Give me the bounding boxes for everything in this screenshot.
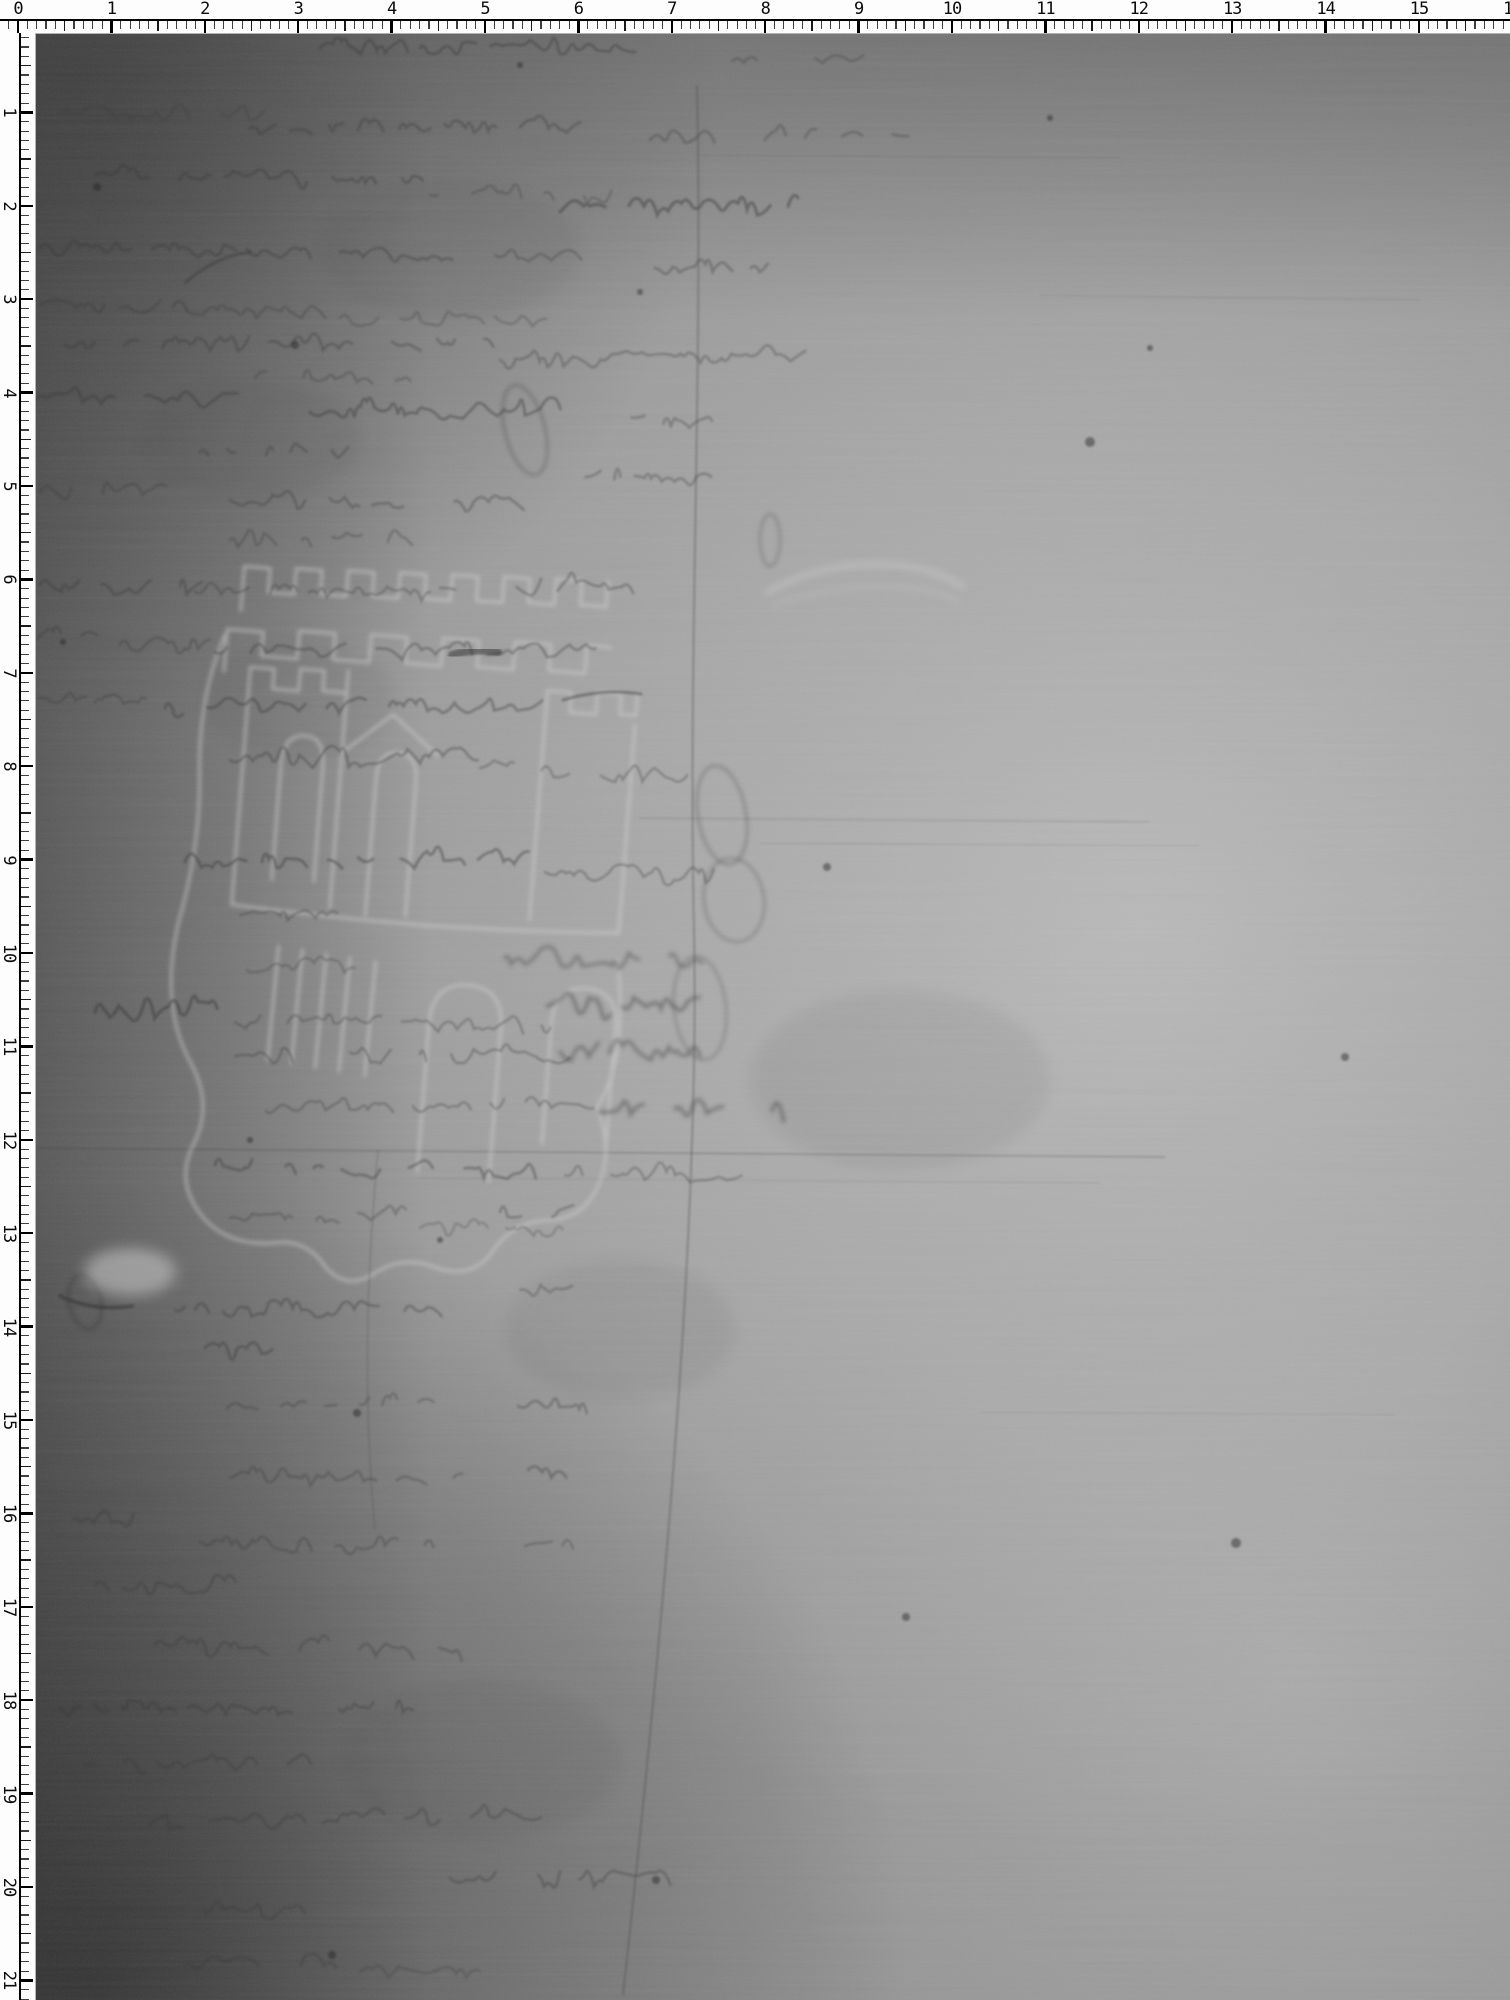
- ruler-tick: [21, 1363, 29, 1364]
- ruler-tick: [21, 1709, 29, 1710]
- ruler-tick: [130, 21, 131, 29]
- ruler-tick: [21, 1942, 29, 1943]
- ruler-tick: [21, 616, 29, 617]
- ruler-tick: [21, 327, 29, 328]
- ruler-tick: [1231, 21, 1233, 33]
- ruler-tick: [21, 1037, 29, 1038]
- paper-speck: [1231, 1538, 1241, 1548]
- ruler-tick: [204, 21, 206, 33]
- ruler-tick: [21, 168, 29, 169]
- ruler-tick: [923, 21, 924, 29]
- ruler-tick: [21, 1840, 31, 1842]
- ruler-tick: [251, 21, 253, 31]
- ruler-tick: [21, 93, 29, 94]
- ruler-tick: [21, 1868, 29, 1869]
- ruler-tick: [466, 21, 467, 29]
- ruler-tick: [21, 822, 29, 823]
- ruler-tick: [21, 887, 29, 888]
- ruler-tick: [21, 1429, 29, 1430]
- ruler-tick: [951, 21, 953, 33]
- ruler-tick: [21, 513, 29, 514]
- ruler-tick: [21, 1821, 29, 1822]
- ruler-tick: [21, 1401, 29, 1402]
- ruler-label: 14: [1313, 0, 1339, 19]
- ruler-tick: [21, 691, 29, 692]
- laid-texture: [35, 33, 1510, 2000]
- ruler-tick: [21, 1662, 29, 1663]
- ruler-tick: [615, 21, 616, 29]
- ruler-tick: [21, 850, 29, 851]
- ruler-tick: [1362, 21, 1363, 29]
- ruler-tick: [1372, 21, 1374, 31]
- ruler-tick: [21, 233, 29, 234]
- ruler-tick: [709, 21, 710, 29]
- ruler-tick: [21, 345, 31, 347]
- paper-speck: [517, 62, 523, 68]
- ruler-label: 6: [0, 567, 20, 591]
- ruler-tick: [21, 1924, 29, 1925]
- ruler-tick: [1474, 21, 1475, 29]
- ruler-tick: [21, 1569, 29, 1570]
- ruler-tick: [21, 578, 33, 580]
- ruler-tick: [1344, 21, 1345, 29]
- ruler-tick: [21, 1532, 29, 1533]
- paper-speck: [60, 639, 66, 645]
- ruler-tick: [186, 21, 187, 29]
- ruler-label: 1: [98, 0, 124, 19]
- ruler-tick: [21, 1971, 29, 1972]
- ruler-tick: [21, 654, 29, 655]
- ruler-tick: [21, 439, 31, 441]
- ruler-label: 10: [939, 0, 965, 19]
- ruler-tick: [21, 1792, 33, 1794]
- ruler-tick: [21, 1195, 29, 1196]
- ruler-tick: [793, 21, 794, 29]
- ruler-tick: [1120, 21, 1121, 29]
- ruler-tick: [21, 149, 29, 150]
- ruler-tick: [1044, 21, 1046, 33]
- ruler-tick: [102, 21, 103, 29]
- ruler-tick: [21, 46, 29, 47]
- ruler-tick: [21, 187, 29, 188]
- ruler-tick: [21, 1317, 29, 1318]
- ruler-tick: [21, 1784, 29, 1785]
- cm-ruler-top: 012345678910111213141516: [0, 0, 1510, 34]
- paper-speck: [291, 341, 299, 349]
- ruler-tick: [21, 448, 29, 449]
- ruler-tick: [21, 1045, 33, 1047]
- ruler-tick: [21, 1653, 31, 1655]
- ruler-tick: [624, 21, 626, 31]
- ruler-tick: [21, 1914, 29, 1915]
- ruler-tick: [21, 280, 29, 281]
- ruler-tick: [21, 1812, 29, 1813]
- ruler-tick: [21, 794, 29, 795]
- ruler-tick: [21, 784, 29, 785]
- ruler-tick: [21, 1391, 29, 1392]
- ruler-tick: [21, 158, 31, 160]
- ruler-tick: [727, 21, 728, 29]
- ruler-tick: [21, 1504, 29, 1505]
- ruler-tick: [1428, 21, 1429, 29]
- ruler-label: 10: [0, 941, 20, 965]
- ruler-tick: [21, 1979, 33, 1981]
- ruler-tick: [21, 1149, 29, 1150]
- ruler-label: 19: [0, 1782, 20, 1806]
- ruler-tick: [21, 1121, 29, 1122]
- ruler-tick: [110, 21, 112, 33]
- ruler-tick: [21, 103, 29, 104]
- ruler-tick: [830, 21, 831, 29]
- ruler-label: 16: [0, 1501, 20, 1525]
- ruler-tick: [21, 37, 29, 38]
- ruler-tick: [1101, 21, 1102, 29]
- ruler-tick: [21, 140, 29, 141]
- ruler-tick: [21, 1018, 29, 1019]
- ruler-tick: [21, 570, 29, 571]
- ruler-tick: [21, 541, 29, 542]
- ruler-tick: [21, 1232, 33, 1234]
- ruler-tick: [21, 635, 29, 636]
- ruler-tick: [21, 1335, 29, 1336]
- ruler-tick: [1166, 21, 1167, 29]
- ruler-tick: [503, 21, 504, 29]
- ruler-tick: [21, 84, 29, 85]
- ruler-label: 4: [0, 381, 20, 405]
- ruler-tick: [21, 598, 29, 599]
- ruler-tick: [21, 56, 29, 57]
- ruler-tick: [1241, 21, 1242, 29]
- ruler-tick: [21, 383, 29, 384]
- ruler-tick: [21, 868, 29, 869]
- ruler-tick: [17, 21, 19, 33]
- ruler-tick: [1250, 21, 1251, 29]
- ruler-tick: [21, 728, 29, 729]
- ruler-tick: [21, 271, 29, 272]
- ruler-tick: [484, 21, 486, 33]
- ruler-tick: [73, 21, 74, 29]
- ruler-tick: [354, 21, 355, 29]
- ruler-tick: [21, 1625, 29, 1626]
- ruler-tick: [21, 1466, 31, 1468]
- ruler-tick: [559, 21, 560, 29]
- ruler-tick: [1306, 21, 1307, 29]
- ruler-tick: [223, 21, 224, 29]
- ruler-tick: [21, 999, 31, 1001]
- paper-speck: [902, 1613, 910, 1621]
- ruler-label: 8: [0, 754, 20, 778]
- ruler-tick: [21, 775, 29, 776]
- ruler-tick: [979, 21, 980, 29]
- ruler-label: 15: [0, 1408, 20, 1432]
- ruler-tick: [774, 21, 775, 29]
- ruler-tick: [970, 21, 971, 29]
- ruler-tick: [933, 21, 934, 29]
- ruler-tick: [1418, 21, 1420, 33]
- ruler-tick: [21, 196, 29, 197]
- ruler-label: 18: [0, 1688, 20, 1712]
- ruler-tick: [21, 831, 29, 832]
- ruler-tick: [21, 840, 29, 841]
- ruler-tick: [597, 21, 598, 29]
- ruler-tick: [1278, 21, 1280, 31]
- ruler-tick: [21, 1644, 29, 1645]
- ruler-tick: [428, 21, 429, 29]
- ruler-tick: [21, 1849, 29, 1850]
- ruler-tick: [21, 317, 29, 318]
- ruler-tick: [195, 21, 196, 29]
- ruler-tick: [120, 21, 121, 29]
- ruler-tick: [914, 21, 915, 29]
- ruler-tick: [21, 1373, 31, 1375]
- ruler-tick: [21, 1672, 29, 1673]
- ruler-tick: [21, 224, 29, 225]
- ruler-tick: [1456, 21, 1457, 29]
- ruler-tick: [297, 21, 299, 33]
- ink-dash: [452, 651, 498, 655]
- ruler-tick: [21, 1597, 29, 1598]
- ruler-tick: [21, 812, 31, 814]
- ruler-tick: [1400, 21, 1401, 29]
- ruler-label: 11: [0, 1034, 20, 1058]
- ruler-tick: [21, 1083, 29, 1084]
- ruler-tick: [21, 1999, 29, 2000]
- ruler-tick: [886, 21, 887, 29]
- ruler-tick: [21, 215, 29, 216]
- ruler-tick: [232, 21, 233, 29]
- ruler-tick: [21, 588, 29, 589]
- ruler-tick: [419, 21, 420, 29]
- paper-speck: [247, 1137, 253, 1143]
- ruler-tick: [1484, 21, 1485, 29]
- ruler-tick: [475, 21, 476, 29]
- ruler-label: 12: [1126, 0, 1152, 19]
- ruler-tick: [1073, 21, 1074, 29]
- ruler-tick: [1054, 21, 1055, 29]
- ruler-tick: [21, 1279, 31, 1281]
- ruler-tick: [21, 457, 29, 458]
- ruler-tick: [21, 1886, 33, 1888]
- manuscript-photo: [0, 0, 1510, 2000]
- ruler-tick: [21, 1681, 29, 1682]
- ruler-tick: [1157, 21, 1158, 29]
- ruler-tick: [21, 858, 33, 860]
- ruler-tick: [1353, 21, 1354, 29]
- ruler-tick: [21, 1756, 29, 1757]
- ruler-tick: [21, 1699, 33, 1701]
- ruler-tick: [21, 1905, 29, 1906]
- paper-texture: [35, 33, 1510, 2000]
- ruler-tick: [21, 1167, 29, 1168]
- ruler-tick: [21, 1896, 29, 1897]
- ruler-tick: [363, 21, 364, 29]
- ruler-tick: [1503, 21, 1504, 29]
- ruler-tick: [372, 21, 373, 29]
- ruler-tick: [21, 1718, 29, 1719]
- ruler-tick: [587, 21, 588, 29]
- ruler-tick: [438, 21, 440, 31]
- ruler-tick: [21, 1475, 29, 1476]
- paper-speck: [823, 863, 831, 871]
- ruler-label: 20: [0, 1875, 20, 1899]
- ruler-tick: [634, 21, 635, 29]
- ruler-tick: [21, 1746, 31, 1748]
- ruler-tick: [21, 971, 29, 972]
- ruler-tick: [21, 1270, 29, 1271]
- ruler-tick: [242, 21, 243, 29]
- ruler-tick: [21, 1261, 29, 1262]
- ruler-tick: [8, 21, 9, 29]
- ruler-tick: [1185, 21, 1187, 31]
- ruler-tick: [21, 906, 31, 908]
- ruler-tick: [21, 289, 29, 290]
- ruler-tick: [989, 21, 990, 29]
- ruler-label: 17: [0, 1595, 20, 1619]
- ruler-tick: [21, 495, 29, 496]
- ruler-tick: [699, 21, 700, 29]
- ruler-tick: [326, 21, 327, 29]
- ruler-tick: [21, 1214, 29, 1215]
- ruler-tick: [961, 21, 962, 29]
- ruler-tick: [1465, 21, 1467, 31]
- cm-ruler-left: 123456789101112131415161718192021: [0, 33, 36, 2000]
- ruler-label: 12: [0, 1128, 20, 1152]
- ruler-tick: [1222, 21, 1223, 29]
- ruler-tick: [1324, 21, 1326, 33]
- ruler-tick: [21, 205, 33, 207]
- ruler-tick: [1064, 21, 1065, 29]
- ruler-tick: [21, 1251, 29, 1252]
- ruler-label: 14: [0, 1315, 20, 1339]
- ruler-tick: [139, 21, 140, 29]
- ruler-tick: [1288, 21, 1289, 29]
- ruler-tick: [456, 21, 457, 29]
- ruler-tick: [1194, 21, 1195, 29]
- ruler-tick: [1036, 21, 1037, 29]
- ruler-tick: [21, 1737, 29, 1738]
- ruler-tick: [21, 1289, 29, 1290]
- ruler-tick: [21, 682, 29, 683]
- paper-speck: [637, 289, 643, 295]
- ruler-tick: [21, 1457, 29, 1458]
- ruler-tick: [867, 21, 868, 29]
- ruler-tick: [21, 1728, 29, 1729]
- ruler-tick: [21, 1512, 33, 1514]
- ruler-tick: [998, 21, 1000, 31]
- ruler-tick: [857, 21, 859, 33]
- ruler-label: 9: [846, 0, 872, 19]
- ruler-tick: [382, 21, 383, 29]
- ruler-tick: [662, 21, 663, 29]
- ruler-tick: [540, 21, 541, 29]
- ruler-tick: [21, 1765, 29, 1766]
- ruler-tick: [21, 1616, 29, 1617]
- ruler-tick: [1493, 21, 1494, 29]
- ruler-label: 0: [5, 0, 31, 19]
- ruler-tick: [21, 765, 33, 767]
- ruler-tick: [21, 252, 31, 254]
- ruler-label: 2: [192, 0, 218, 19]
- ruler-tick: [55, 21, 56, 29]
- paper-speck: [1047, 115, 1053, 121]
- ruler-tick: [21, 710, 29, 711]
- paper-speck: [1147, 345, 1153, 351]
- ruler-tick: [21, 747, 29, 748]
- ruler-tick: [21, 1223, 29, 1224]
- ruler-label: 8: [752, 0, 778, 19]
- ruler-tick: [21, 1242, 29, 1243]
- ruler-tick: [21, 298, 33, 300]
- ruler-tick: [895, 21, 896, 29]
- ruler-tick: [21, 1177, 29, 1178]
- ruler-tick: [21, 131, 29, 132]
- ruler-label: 21: [0, 1968, 20, 1992]
- ruler-tick: [569, 21, 570, 29]
- ruler-tick: [21, 644, 29, 645]
- ruler-label: 6: [565, 0, 591, 19]
- ruler-label: 2: [0, 194, 20, 218]
- ruler-tick: [21, 1325, 33, 1327]
- ruler-tick: [21, 391, 33, 393]
- ruler-tick: [390, 21, 392, 33]
- ruler-tick: [1129, 21, 1130, 29]
- bright-blob: [84, 1248, 176, 1296]
- ruler-tick: [21, 420, 29, 421]
- ruler-tick: [877, 21, 878, 29]
- ruler-tick: [1437, 21, 1438, 29]
- ruler-tick: [21, 523, 29, 524]
- ruler-tick: [1082, 21, 1083, 29]
- ruler-tick: [1381, 21, 1382, 29]
- ruler-tick: [550, 21, 551, 29]
- ruler-tick: [21, 485, 33, 487]
- ruler-tick: [21, 1494, 29, 1495]
- ruler-tick: [21, 980, 29, 981]
- ruler-tick: [942, 21, 943, 29]
- ruler-tick: [344, 21, 346, 31]
- ruler-tick: [1148, 21, 1149, 29]
- ruler-tick: [1269, 21, 1270, 29]
- ruler-label: 11: [1032, 0, 1058, 19]
- ruler-tick: [1297, 21, 1298, 29]
- ruler-tick: [1176, 21, 1177, 29]
- ruler-tick: [1390, 21, 1391, 29]
- ruler-tick: [21, 1447, 29, 1448]
- ruler-label: 5: [472, 0, 498, 19]
- ruler-tick: [21, 1186, 31, 1188]
- ruler-tick: [21, 401, 29, 402]
- ruler-tick: [21, 1130, 29, 1131]
- ruler-tick: [21, 1588, 29, 1589]
- ruler-tick: [21, 1606, 33, 1608]
- paper-speck: [353, 1409, 361, 1417]
- paper-speck: [93, 183, 101, 191]
- ruler-tick: [21, 560, 29, 561]
- ruler-tick: [92, 21, 93, 29]
- ruler-tick: [21, 915, 29, 916]
- ruler-tick: [1260, 21, 1261, 29]
- ruler-tick: [21, 1858, 29, 1859]
- ruler-tick: [45, 21, 46, 29]
- ruler-tick: [737, 21, 738, 29]
- ruler-tick: [21, 1877, 29, 1878]
- ruler-tick: [21, 663, 29, 664]
- ruler-tick: [21, 1055, 29, 1056]
- ruler-tick: [21, 1578, 29, 1579]
- ruler-tick: [447, 21, 448, 29]
- ruler-tick: [21, 177, 29, 178]
- ruler-tick: [21, 1102, 29, 1103]
